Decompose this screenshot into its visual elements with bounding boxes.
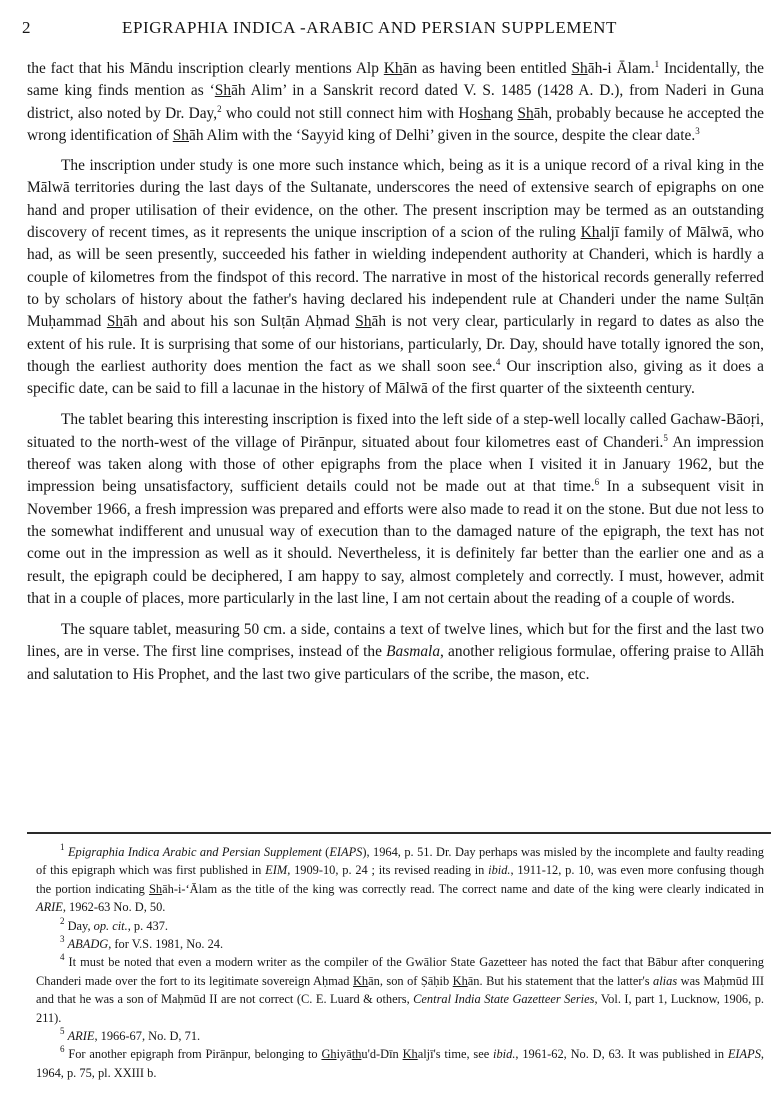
footnotes: 1 Epigraphia Indica Arabic and Persian S… (36, 843, 764, 1082)
italic-text: ibid. (493, 1047, 515, 1061)
italic-text: Epigraphia Indica Arabic and Persian Sup… (68, 845, 322, 859)
running-title: EPIGRAPHIA INDICA -ARABIC AND PERSIAN SU… (122, 18, 617, 38)
underlined-text: Kh (403, 1047, 418, 1061)
italic-text: op. cit. (94, 919, 128, 933)
footnote-reference: 1 (655, 59, 660, 69)
underlined-text: Kh (353, 974, 368, 988)
italic-text: EIAPS (329, 845, 362, 859)
footnote-reference: 6 (595, 477, 600, 487)
footnote-marker: 4 (60, 952, 65, 962)
underlined-text: th (352, 1047, 362, 1061)
underlined-text: Sh (571, 60, 587, 77)
footnote-reference: 5 (663, 433, 668, 443)
footnote-1: 1 Epigraphia Indica Arabic and Persian S… (36, 843, 764, 917)
footnote-2: 2 Day, op. cit., p. 437. (36, 917, 764, 935)
underlined-text: Kh (581, 224, 600, 241)
italic-text: EIAPS (728, 1047, 761, 1061)
footnote-marker: 1 (60, 842, 65, 852)
italic-text: EIM (265, 863, 287, 877)
page-header: 2 EPIGRAPHIA INDICA -ARABIC AND PERSIAN … (22, 18, 760, 42)
footnote-reference: 3 (695, 126, 700, 136)
footnote-marker: 2 (60, 916, 65, 926)
italic-text: ibid. (488, 863, 510, 877)
paragraph-4: The square tablet, measuring 50 cm. a si… (27, 619, 764, 686)
paragraph-3: The tablet bearing this interesting insc… (27, 409, 764, 610)
underlined-text: Sh (517, 105, 533, 122)
italic-text: Central India State Gazetteer Series (413, 992, 594, 1006)
main-text: the fact that his Māndu inscription clea… (27, 58, 764, 686)
underlined-text: sh (477, 105, 491, 122)
underlined-text: Gh (321, 1047, 336, 1061)
footnote-marker: 3 (60, 934, 65, 944)
italic-text: Basmala (386, 643, 440, 660)
page-number: 2 (22, 18, 31, 38)
footnote-reference: 2 (217, 104, 222, 114)
footnote-reference: 4 (496, 357, 501, 367)
footnote-5: 5 ARIE, 1966-67, No. D, 71. (36, 1027, 764, 1045)
underlined-text: Sh (107, 313, 123, 330)
italic-text: ABADG (68, 937, 109, 951)
footnote-4: 4 It must be noted that even a modern wr… (36, 953, 764, 1027)
footnote-3: 3 ABADG, for V.S. 1981, No. 24. (36, 935, 764, 953)
paragraph-1: the fact that his Māndu inscription clea… (27, 58, 764, 147)
footnote-divider (27, 832, 771, 834)
paragraph-2: The inscription under study is one more … (27, 155, 764, 400)
underlined-text: Sh (149, 882, 162, 896)
italic-text: ARIE (68, 1029, 95, 1043)
footnote-marker: 6 (60, 1044, 65, 1054)
italic-text: ARIE (36, 900, 63, 914)
footnote-6: 6 For another epigraph from Pirānpur, be… (36, 1045, 764, 1082)
document-page: 2 EPIGRAPHIA INDICA -ARABIC AND PERSIAN … (0, 0, 780, 1108)
footnote-marker: 5 (60, 1026, 65, 1036)
italic-text: alias (653, 974, 677, 988)
underlined-text: Sh (355, 313, 371, 330)
underlined-text: Kh (384, 60, 403, 77)
underlined-text: Kh (453, 974, 468, 988)
underlined-text: Sh (215, 82, 231, 99)
underlined-text: Sh (173, 127, 189, 144)
